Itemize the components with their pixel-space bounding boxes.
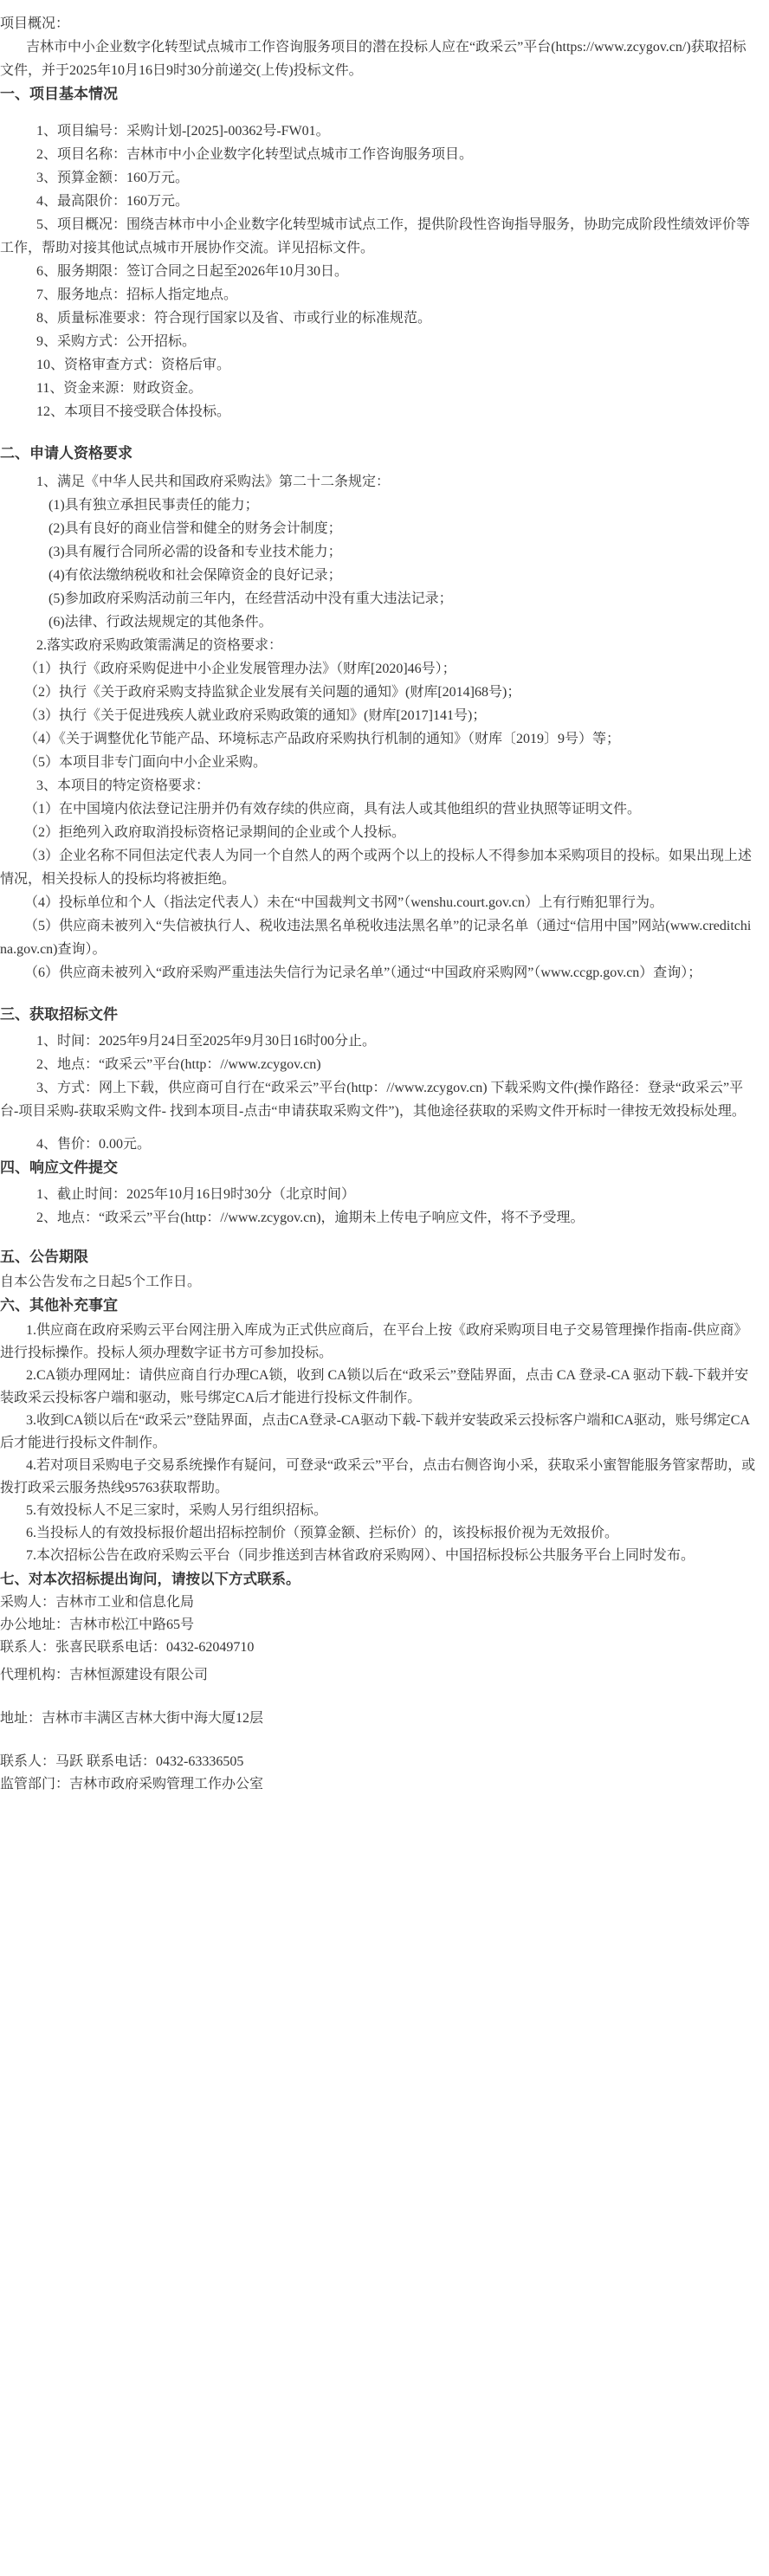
sec5-heading: 五、公告期限 <box>0 1245 769 1269</box>
sec2-sub1-1: (1)具有独立承担民事责任的能力； <box>0 494 769 517</box>
sec2-item-2: 2.落实政府采购政策需满足的资格要求： <box>0 634 769 657</box>
sec6-heading: 六、其他补充事宜 <box>0 1294 769 1317</box>
sec6-item-7: 7.本次招标公告在政府采购云平台（同步推送到吉林省政府采购网）、中国招标投标公共… <box>0 1545 769 1567</box>
sec2-sub3-2: （2）拒绝列入政府取消投标资格记录期间的企业或个人投标。 <box>0 821 769 844</box>
sec3-heading: 三、获取招标文件 <box>0 1003 769 1026</box>
sec3-item-1: 1、时间：2025年9月24日至2025年9月30日16时00分止。 <box>0 1030 769 1053</box>
sec2-sub2-1: （1）执行《政府采购促进中小企业发展管理办法》（财库[2020]46号）； <box>0 657 769 681</box>
sec2-sub3-5: （5）供应商未被列入“失信被执行人、税收违法黑名单税收违法黑名单”的记录名单（通… <box>0 914 769 961</box>
sec3-item-3: 3、方式：网上下载，供应商可自行在“政采云”平台(http：//www.zcyg… <box>0 1076 769 1123</box>
sec2-sub3-6: （6）供应商未被列入“政府采购严重违法失信行为记录名单”（通过“中国政府采购网”… <box>0 961 769 985</box>
sec1-item-4: 4、最高限价：160万元。 <box>0 190 769 213</box>
sec1-item-3: 3、预算金额：160万元。 <box>0 166 769 190</box>
sec1-item-1: 1、项目编号：采购计划-[2025]-00362号-FW01。 <box>0 119 769 143</box>
contact-person-1: 联系人：张喜民联系电话：0432-62049710 <box>0 1637 769 1659</box>
sec1-item-8: 8、质量标准要求：符合现行国家以及省、市或行业的标准规范。 <box>0 307 769 330</box>
sec2-sub2-3: （3）执行《关于促进残疾人就业政府采购政策的通知》(财库[2017]141号)； <box>0 704 769 727</box>
contact-regulator: 监管部门：吉林市政府采购管理工作办公室 <box>0 1773 769 1796</box>
sec2-sub2-5: （5）本项目非专门面向中小企业采购。 <box>0 751 769 774</box>
overview-label: 项目概况： <box>0 12 769 36</box>
sec6-item-4: 4.若对项目采购电子交易系统操作有疑问，可登录“政采云”平台，点击右侧咨询小采，… <box>0 1455 769 1500</box>
sec6-item-6: 6.当投标人的有效投标报价超出招标控制价（预算金额、拦标价）的，该投标报价视为无… <box>0 1522 769 1545</box>
sec2-sub1-5: (5)参加政府采购活动前三年内，在经营活动中没有重大违法记录； <box>0 587 769 610</box>
contact-agency: 代理机构：吉林恒源建设有限公司 <box>0 1664 769 1687</box>
sec6-item-3: 3.收到CA锁以后在“政采云”登陆界面，点击CA登录-CA驱动下载-下载并安装政… <box>0 1410 769 1455</box>
sec1-item-5: 5、项目概况：围绕吉林市中小企业数字化转型城市试点工作，提供阶段性咨询指导服务，… <box>0 213 769 260</box>
sec2-sub3-1: （1）在中国境内依法登记注册并仍有效存续的供应商，具有法人或其他组织的营业执照等… <box>0 797 769 821</box>
sec7-heading: 七、对本次招标提出询问，请按以下方式联系。 <box>0 1567 769 1591</box>
sec1-item-12: 12、本项目不接受联合体投标。 <box>0 400 769 423</box>
sec2-sub1-4: (4)有依法缴纳税收和社会保障资金的良好记录； <box>0 564 769 587</box>
sec1-item-6: 6、服务期限：签订合同之日起至2026年10月30日。 <box>0 260 769 283</box>
sec2-heading: 二、申请人资格要求 <box>0 442 769 465</box>
sec5-body: 自本公告发布之日起5个工作日。 <box>0 1270 769 1294</box>
sec6-item-5: 5.有效投标人不足三家时，采购人另行组织招标。 <box>0 1500 769 1522</box>
sec2-item-1: 1、满足《中华人民共和国政府采购法》第二十二条规定： <box>0 470 769 494</box>
sec1-item-9: 9、采购方式：公开招标。 <box>0 330 769 353</box>
sec6-item-1: 1.供应商在政府采购云平台网注册入库成为正式供应商后，在平台上按《政府采购项目电… <box>0 1320 769 1365</box>
sec1-item-11: 11、资金来源：财政资金。 <box>0 377 769 400</box>
sec1-item-10: 10、资格审查方式：资格后审。 <box>0 353 769 377</box>
sec6-item-2: 2.CA锁办理网址：请供应商自行办理CA锁，收到 CA锁以后在“政采云”登陆界面… <box>0 1365 769 1410</box>
overview-intro: 吉林市中小企业数字化转型试点城市工作咨询服务项目的潜在投标人应在“政采云”平台(… <box>0 36 769 82</box>
sec2-sub1-3: (3)具有履行合同所必需的设备和专业技术能力； <box>0 540 769 564</box>
sec2-sub3-4: （4）投标单位和个人（指法定代表人）未在“中国裁判文书网”（wenshu.cou… <box>0 891 769 914</box>
sec1-item-2: 2、项目名称：吉林市中小企业数字化转型试点城市工作咨询服务项目。 <box>0 143 769 166</box>
sec1-item-7: 7、服务地点：招标人指定地点。 <box>0 283 769 307</box>
sec3-item-2: 2、地点：“政采云”平台(http：//www.zcygov.cn) <box>0 1053 769 1076</box>
sec2-sub1-6: (6)法律、行政法规规定的其他条件。 <box>0 610 769 634</box>
sec4-item-1: 1、截止时间：2025年10月16日9时30分（北京时间） <box>0 1183 769 1206</box>
contact-agency-address: 地址：吉林市丰满区吉林大街中海大厦12层 <box>0 1708 769 1730</box>
sec2-item-3: 3、本项目的特定资格要求： <box>0 774 769 797</box>
contact-person-2: 联系人：马跃 联系电话：0432-63336505 <box>0 1751 769 1773</box>
sec4-heading: 四、响应文件提交 <box>0 1156 769 1179</box>
contact-office-address: 办公地址：吉林市松江中路65号 <box>0 1614 769 1637</box>
document-body: 项目概况：吉林市中小企业数字化转型试点城市工作咨询服务项目的潜在投标人应在“政采… <box>0 12 769 1796</box>
sec1-heading: 一、项目基本情况 <box>0 82 769 106</box>
sec4-item-2: 2、地点：“政采云”平台(http：//www.zcygov.cn)，逾期未上传… <box>0 1206 769 1230</box>
tender-announcement-document: 项目概况：吉林市中小企业数字化转型试点城市工作咨询服务项目的潜在投标人应在“政采… <box>0 0 769 2576</box>
sec2-sub2-2: （2）执行《关于政府采购支持监狱企业发展有关问题的通知》(财库[2014]68号… <box>0 681 769 704</box>
sec2-sub1-2: (2)具有良好的商业信誉和健全的财务会计制度； <box>0 517 769 540</box>
contact-purchaser: 采购人：吉林市工业和信息化局 <box>0 1591 769 1614</box>
sec2-sub2-4: （4）《关于调整优化节能产品、环境标志产品政府采购执行机制的通知》（财库〔201… <box>0 727 769 751</box>
sec2-sub3-3: （3）企业名称不同但法定代表人为同一个自然人的两个或两个以上的投标人不得参加本采… <box>0 844 769 891</box>
sec3-item-4: 4、售价：0.00元。 <box>0 1133 769 1156</box>
